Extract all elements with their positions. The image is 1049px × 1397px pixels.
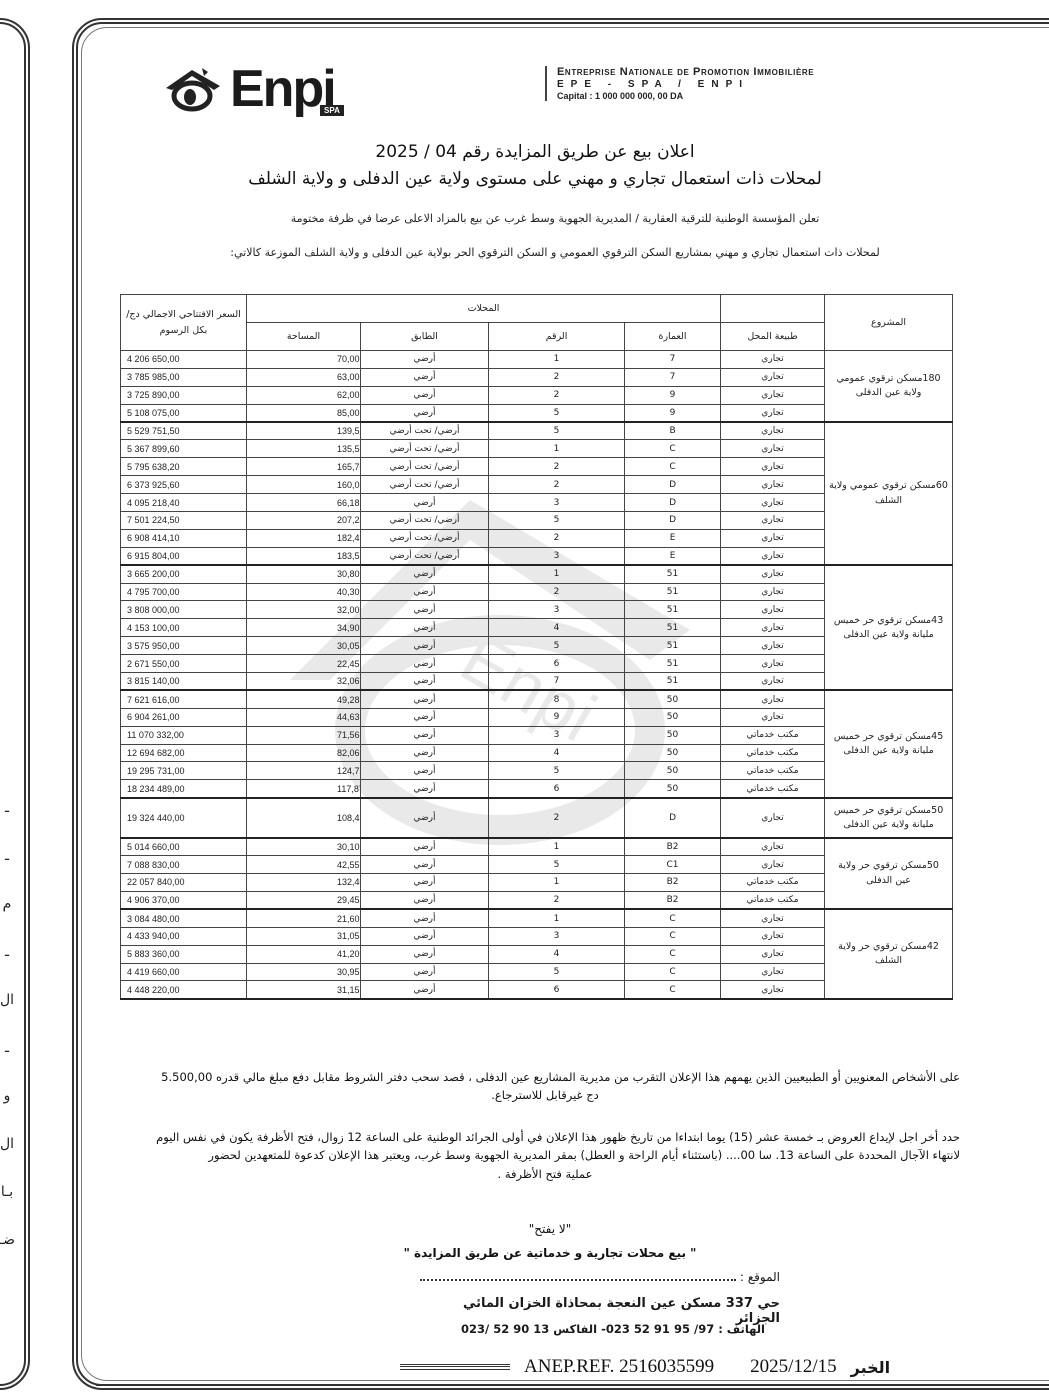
building-cell: C xyxy=(625,909,721,927)
conditions-line-2: دج غيرقابل للاسترجاع. xyxy=(130,1086,960,1104)
price-cell: 19 324 440,00 xyxy=(121,798,247,838)
number-cell: 3 xyxy=(489,601,625,619)
floor-cell: أرضي xyxy=(361,619,489,637)
building-cell: D xyxy=(625,798,721,838)
floor-cell: أرضي xyxy=(361,368,489,386)
price-cell: 19 295 731,00 xyxy=(121,762,247,780)
area-cell: 34,90 xyxy=(247,619,361,637)
floor-cell: أرضي/ تحت أرضي xyxy=(361,458,489,476)
building-cell: 51 xyxy=(625,637,721,655)
floor-cell: أرضي/ تحت أرضي xyxy=(361,529,489,547)
number-cell: 6 xyxy=(489,655,625,673)
project-cell: 43مسكن ترقوي حر خميس مليانة ولاية عين ال… xyxy=(825,565,953,690)
building-cell: C xyxy=(625,963,721,981)
location-line: الموقع : xyxy=(420,1270,780,1284)
floor-cell: أرضي xyxy=(361,838,489,856)
number-cell: 2 xyxy=(489,458,625,476)
nature-cell: تجاري xyxy=(721,690,825,708)
nature-cell: تجاري xyxy=(721,838,825,856)
header-blank xyxy=(721,295,825,323)
adjacent-page-fragment: م xyxy=(3,896,12,912)
table-row: 42مسكن ترقوي حر ولاية الشلفتجاريC1أرضي21… xyxy=(121,909,953,927)
nature-cell: تجاري xyxy=(721,440,825,458)
table-row: 50مسكن ترقوي حر ولاية عين الدفلىتجاريB21… xyxy=(121,838,953,856)
number-cell: 2 xyxy=(489,798,625,838)
price-cell: 2 671 550,00 xyxy=(121,655,247,673)
price-cell: 5 529 751,50 xyxy=(121,422,247,440)
building-cell: 51 xyxy=(625,655,721,673)
header-project: المشروع xyxy=(825,295,953,351)
price-cell: 3 808 000,00 xyxy=(121,601,247,619)
company-capital: Capital : 1 000 000 000, 00 DA xyxy=(557,91,814,101)
nature-cell: تجاري xyxy=(721,619,825,637)
price-cell: 5 883 360,00 xyxy=(121,945,247,963)
number-cell: 3 xyxy=(489,927,625,945)
building-cell: 7 xyxy=(625,351,721,369)
number-cell: 4 xyxy=(489,744,625,762)
area-cell: 21,60 xyxy=(247,909,361,927)
table-row: 43مسكن ترقوي حر خميس مليانة ولاية عين ال… xyxy=(121,565,953,583)
area-cell: 132,40 xyxy=(247,874,361,892)
nature-cell: تجاري xyxy=(721,512,825,530)
price-cell: 4 153 100,00 xyxy=(121,619,247,637)
floor-cell: أرضي xyxy=(361,798,489,838)
price-cell: 3 725 890,00 xyxy=(121,386,247,404)
floor-cell: أرضي xyxy=(361,386,489,404)
building-cell: D xyxy=(625,476,721,494)
nature-cell: مكتب خدماتي xyxy=(721,891,825,909)
nature-cell: مكتب خدماتي xyxy=(721,726,825,744)
area-cell: 49,28 xyxy=(247,690,361,708)
number-cell: 5 xyxy=(489,963,625,981)
building-cell: E xyxy=(625,547,721,565)
nature-cell: تجاري xyxy=(721,673,825,691)
nature-cell: تجاري xyxy=(721,458,825,476)
building-cell: 50 xyxy=(625,780,721,798)
nature-cell: تجاري xyxy=(721,909,825,927)
floor-cell: أرضي xyxy=(361,909,489,927)
floor-cell: أرضي xyxy=(361,856,489,874)
nature-cell: تجاري xyxy=(721,637,825,655)
building-cell: 51 xyxy=(625,565,721,583)
building-cell: 50 xyxy=(625,708,721,726)
price-cell: 6 373 925,60 xyxy=(121,476,247,494)
floor-cell: أرضي xyxy=(361,874,489,892)
adjacent-page-fragment: بـا xyxy=(1,1184,13,1200)
header-price: السعر الافتتاحي الاجمالي دج/ بكل الرسوم xyxy=(121,295,247,351)
nature-cell: تجاري xyxy=(721,494,825,512)
number-cell: 5 xyxy=(489,512,625,530)
deadline-line-2: لانتهاء الآجال المحددة على الساعة 13. سا… xyxy=(130,1146,960,1164)
intro-line-2: لمحلات ذات استعمال تجاري و مهني بمشاريع … xyxy=(160,246,950,259)
conditions-line-1: على الأشخاص المعنويين أو الطبيعيين الذين… xyxy=(161,1070,960,1084)
number-cell: 1 xyxy=(489,838,625,856)
area-cell: 108,45 xyxy=(247,798,361,838)
price-cell: 5 795 638,20 xyxy=(121,458,247,476)
floor-cell: أرضي xyxy=(361,780,489,798)
project-cell: 42مسكن ترقوي حر ولاية الشلف xyxy=(825,909,953,998)
area-cell: 32,00 xyxy=(247,601,361,619)
header-number: الرقم xyxy=(489,323,625,351)
nature-cell: تجاري xyxy=(721,547,825,565)
building-cell: C xyxy=(625,927,721,945)
building-cell: B2 xyxy=(625,874,721,892)
number-cell: 2 xyxy=(489,891,625,909)
location-label: الموقع : xyxy=(740,1270,780,1284)
nature-cell: تجاري xyxy=(721,708,825,726)
number-cell: 5 xyxy=(489,762,625,780)
house-eye-logo-icon xyxy=(162,64,224,114)
number-cell: 4 xyxy=(489,619,625,637)
building-cell: D xyxy=(625,494,721,512)
adjacent-page-text: ــمـالـوالبـاضـ xyxy=(0,800,14,1248)
number-cell: 3 xyxy=(489,494,625,512)
area-cell: 63,00 xyxy=(247,368,361,386)
floor-cell: أرضي xyxy=(361,601,489,619)
adjacent-page-fragment: ـ xyxy=(5,800,9,816)
floor-cell: أرضي xyxy=(361,351,489,369)
number-cell: 5 xyxy=(489,856,625,874)
project-cell: 50مسكن ترقوي حر خميس مليانة ولاية عين ال… xyxy=(825,798,953,838)
price-cell: 4 433 940,00 xyxy=(121,927,247,945)
price-cell: 4 419 660,00 xyxy=(121,963,247,981)
deadline-paragraph: حدد أخر اجل لإيداع العروض بـ خمسة عشر (1… xyxy=(130,1128,960,1183)
area-cell: 124,73 xyxy=(247,762,361,780)
floor-cell: أرضي xyxy=(361,404,489,422)
price-cell: 4 795 700,00 xyxy=(121,583,247,601)
area-cell: 44,63 xyxy=(247,708,361,726)
number-cell: 2 xyxy=(489,476,625,494)
project-cell: 50مسكن ترقوي حر ولاية عين الدفلى xyxy=(825,838,953,910)
nature-cell: مكتب خدماتي xyxy=(721,762,825,780)
envelope-subject: " بيع محلات تجارية و خدماتية عن طريق الم… xyxy=(300,1246,800,1260)
area-cell: 22,45 xyxy=(247,655,361,673)
floor-cell: أرضي xyxy=(361,655,489,673)
price-cell: 5 108 075,00 xyxy=(121,404,247,422)
number-cell: 2 xyxy=(489,368,625,386)
area-cell: 183,57 xyxy=(247,547,361,565)
floor-cell: أرضي/ تحت أرضي xyxy=(361,440,489,458)
project-cell: 45مسكن ترقوي حر خميس مليانة ولاية عين ال… xyxy=(825,690,953,797)
building-cell: D xyxy=(625,512,721,530)
floor-cell: أرضي/ تحت أرضي xyxy=(361,422,489,440)
nature-cell: تجاري xyxy=(721,583,825,601)
header-area: المساحة xyxy=(247,323,361,351)
building-cell: C1 xyxy=(625,856,721,874)
nature-cell: مكتب خدماتي xyxy=(721,780,825,798)
number-cell: 8 xyxy=(489,690,625,708)
adjacent-page-fragment: ـ xyxy=(5,848,9,864)
number-cell: 1 xyxy=(489,440,625,458)
adjacent-page-fragment: ـ xyxy=(5,944,9,960)
price-cell: 7 501 224,50 xyxy=(121,512,247,530)
announcement-title: اعلان بيع عن طريق المزايدة رقم 04 / 2025 xyxy=(120,142,950,162)
adjacent-page-fragment: ـ xyxy=(5,1040,9,1056)
adjacent-page-fragment: و xyxy=(4,1088,11,1104)
area-cell: 165,70 xyxy=(247,458,361,476)
nature-cell: تجاري xyxy=(721,856,825,874)
price-cell: 4 095 218,40 xyxy=(121,494,247,512)
nature-cell: تجاري xyxy=(721,963,825,981)
area-cell: 160,07 xyxy=(247,476,361,494)
area-cell: 70,00 xyxy=(247,351,361,369)
price-cell: 3 665 200,00 xyxy=(121,565,247,583)
intro-line-1: تعلن المؤسسة الوطنية للترقية العقارية / … xyxy=(160,212,950,225)
header-premises-group: المحلات xyxy=(247,295,721,323)
area-cell: 30,80 xyxy=(247,565,361,583)
floor-cell: أرضي/ تحت أرضي xyxy=(361,476,489,494)
premises-table: المشروع المحلات السعر الافتتاحي الاجمالي… xyxy=(120,294,953,1000)
company-form: EPE - SPA / ENPI xyxy=(557,79,814,90)
number-cell: 5 xyxy=(489,422,625,440)
price-cell: 6 915 804,00 xyxy=(121,547,247,565)
phone-fax: الهاتف : 97/ 95 91 52 023- الفاكس 13 90 … xyxy=(405,1322,765,1336)
area-cell: 135,53 xyxy=(247,440,361,458)
number-cell: 6 xyxy=(489,780,625,798)
header-nature: طبيعة المحل xyxy=(721,323,825,351)
nature-cell: تجاري xyxy=(721,798,825,838)
adjacent-page-fragment: ال xyxy=(0,1136,14,1152)
floor-cell: أرضي/ تحت أرضي xyxy=(361,512,489,530)
building-cell: 51 xyxy=(625,583,721,601)
price-cell: 11 070 332,00 xyxy=(121,726,247,744)
table-row: 180مسكن ترقوي عمومي ولاية عين الدفلىتجار… xyxy=(121,351,953,369)
logo-wordmark: Enpi xyxy=(230,63,335,115)
footer-rule xyxy=(400,1364,510,1370)
floor-cell: أرضي xyxy=(361,583,489,601)
number-cell: 1 xyxy=(489,909,625,927)
building-cell: 9 xyxy=(625,386,721,404)
price-cell: 4 448 220,00 xyxy=(121,981,247,999)
area-cell: 29,45 xyxy=(247,891,361,909)
area-cell: 182,49 xyxy=(247,529,361,547)
area-cell: 30,95 xyxy=(247,963,361,981)
number-cell: 1 xyxy=(489,351,625,369)
project-cell: 60مسكن ترقوي عمومي ولاية الشلف xyxy=(825,422,953,565)
floor-cell: أرضي xyxy=(361,981,489,999)
number-cell: 4 xyxy=(489,945,625,963)
building-cell: 50 xyxy=(625,762,721,780)
building-cell: 50 xyxy=(625,726,721,744)
floor-cell: أرضي xyxy=(361,927,489,945)
anep-reference: ANEP.REF. 2516035599 xyxy=(524,1356,714,1378)
floor-cell: أرضي xyxy=(361,494,489,512)
number-cell: 5 xyxy=(489,637,625,655)
nature-cell: تجاري xyxy=(721,601,825,619)
area-cell: 31,05 xyxy=(247,927,361,945)
area-cell: 40,30 xyxy=(247,583,361,601)
area-cell: 42,55 xyxy=(247,856,361,874)
price-cell: 3 785 985,00 xyxy=(121,368,247,386)
price-cell: 6 904 261,00 xyxy=(121,708,247,726)
building-cell: C xyxy=(625,458,721,476)
nature-cell: مكتب خدماتي xyxy=(721,744,825,762)
floor-cell: أرضي/ تحت أرضي xyxy=(361,547,489,565)
price-cell: 12 694 682,00 xyxy=(121,744,247,762)
nature-cell: تجاري xyxy=(721,981,825,999)
price-cell: 5 367 899,60 xyxy=(121,440,247,458)
price-cell: 7 621 616,00 xyxy=(121,690,247,708)
price-cell: 4 906 370,00 xyxy=(121,891,247,909)
number-cell: 6 xyxy=(489,981,625,999)
announcement-subtitle: لمحلات ذات استعمال تجاري و مهني على مستو… xyxy=(120,169,950,189)
nature-cell: تجاري xyxy=(721,404,825,422)
nature-cell: تجاري xyxy=(721,655,825,673)
nature-cell: تجاري xyxy=(721,945,825,963)
nature-cell: تجاري xyxy=(721,351,825,369)
price-cell: 7 088 830,00 xyxy=(121,856,247,874)
area-cell: 71,56 xyxy=(247,726,361,744)
number-cell: 2 xyxy=(489,529,625,547)
logo-spa-badge: SPA xyxy=(320,105,344,116)
adjacent-page-fragment: ضـ xyxy=(0,1232,15,1248)
do-not-open-label: "لا يفتح" xyxy=(300,1222,800,1236)
floor-cell: أرضي xyxy=(361,945,489,963)
newspaper-logo: الخبر xyxy=(851,1358,891,1377)
number-cell: 1 xyxy=(489,565,625,583)
price-cell: 3 575 950,00 xyxy=(121,637,247,655)
header-floor: الطابق xyxy=(361,323,489,351)
building-cell: 51 xyxy=(625,673,721,691)
area-cell: 85,00 xyxy=(247,404,361,422)
price-cell: 4 206 650,00 xyxy=(121,351,247,369)
area-cell: 30,10 xyxy=(247,838,361,856)
area-cell: 32,06 xyxy=(247,673,361,691)
deadline-line-1: حدد أخر اجل لإيداع العروض بـ خمسة عشر (1… xyxy=(156,1130,960,1144)
area-cell: 62,00 xyxy=(247,386,361,404)
floor-cell: أرضي xyxy=(361,673,489,691)
number-cell: 3 xyxy=(489,547,625,565)
bottom-rule xyxy=(96,1384,956,1386)
number-cell: 9 xyxy=(489,708,625,726)
nature-cell: تجاري xyxy=(721,476,825,494)
building-cell: B2 xyxy=(625,838,721,856)
table-row: 60مسكن ترقوي عمومي ولاية الشلفتجاريB5أرض… xyxy=(121,422,953,440)
area-cell: 66,18 xyxy=(247,494,361,512)
price-cell: 22 057 840,00 xyxy=(121,874,247,892)
floor-cell: أرضي xyxy=(361,963,489,981)
building-cell: C xyxy=(625,981,721,999)
publication-date: 2025/12/15 xyxy=(750,1356,837,1378)
floor-cell: أرضي xyxy=(361,690,489,708)
nature-cell: تجاري xyxy=(721,927,825,945)
building-cell: 50 xyxy=(625,744,721,762)
price-cell: 18 234 489,00 xyxy=(121,780,247,798)
floor-cell: أرضي xyxy=(361,565,489,583)
floor-cell: أرضي xyxy=(361,744,489,762)
floor-cell: أرضي xyxy=(361,637,489,655)
conditions-paragraph: على الأشخاص المعنويين أو الطبيعيين الذين… xyxy=(130,1068,960,1105)
area-cell: 139,59 xyxy=(247,422,361,440)
price-cell: 3 815 140,00 xyxy=(121,673,247,691)
price-cell: 6 908 414,10 xyxy=(121,529,247,547)
floor-cell: أرضي xyxy=(361,891,489,909)
nature-cell: مكتب خدماتي xyxy=(721,874,825,892)
building-cell: E xyxy=(625,529,721,547)
building-cell: C xyxy=(625,945,721,963)
nature-cell: تجاري xyxy=(721,386,825,404)
area-cell: 207,24 xyxy=(247,512,361,530)
building-cell: 50 xyxy=(625,690,721,708)
deadline-line-3: عملية فتح الأظرفة . xyxy=(130,1165,960,1183)
area-cell: 41,20 xyxy=(247,945,361,963)
floor-cell: أرضي xyxy=(361,726,489,744)
building-cell: 7 xyxy=(625,368,721,386)
nature-cell: تجاري xyxy=(721,565,825,583)
table-row: 45مسكن ترقوي حر خميس مليانة ولاية عين ال… xyxy=(121,690,953,708)
floor-cell: أرضي xyxy=(361,708,489,726)
area-cell: 30,05 xyxy=(247,637,361,655)
company-block: Entreprise Nationale de Promotion Immobi… xyxy=(545,66,814,101)
price-cell: 3 084 480,00 xyxy=(121,909,247,927)
building-cell: 51 xyxy=(625,601,721,619)
area-cell: 82,06 xyxy=(247,744,361,762)
number-cell: 7 xyxy=(489,673,625,691)
building-cell: C xyxy=(625,440,721,458)
table-row: 50مسكن ترقوي حر خميس مليانة ولاية عين ال… xyxy=(121,798,953,838)
nature-cell: تجاري xyxy=(721,368,825,386)
building-cell: 51 xyxy=(625,619,721,637)
project-cell: 180مسكن ترقوي عمومي ولاية عين الدفلى xyxy=(825,351,953,423)
area-cell: 117,87 xyxy=(247,780,361,798)
building-cell: B xyxy=(625,422,721,440)
number-cell: 1 xyxy=(489,874,625,892)
company-name: Entreprise Nationale de Promotion Immobi… xyxy=(557,66,814,78)
nature-cell: تجاري xyxy=(721,422,825,440)
number-cell: 3 xyxy=(489,726,625,744)
number-cell: 2 xyxy=(489,583,625,601)
adjacent-page-fragment: ال xyxy=(0,992,14,1008)
number-cell: 2 xyxy=(489,386,625,404)
header-building: العمارة xyxy=(625,323,721,351)
floor-cell: أرضي xyxy=(361,762,489,780)
building-cell: B2 xyxy=(625,891,721,909)
building-cell: 9 xyxy=(625,404,721,422)
location-dotted-line xyxy=(420,1273,736,1281)
enpi-logo: Enpi SPA xyxy=(162,58,372,120)
publication-footer: ANEP.REF. 2516035599 2025/12/15 الخبر xyxy=(400,1352,960,1382)
number-cell: 5 xyxy=(489,404,625,422)
nature-cell: تجاري xyxy=(721,529,825,547)
area-cell: 31,15 xyxy=(247,981,361,999)
price-cell: 5 014 660,00 xyxy=(121,838,247,856)
